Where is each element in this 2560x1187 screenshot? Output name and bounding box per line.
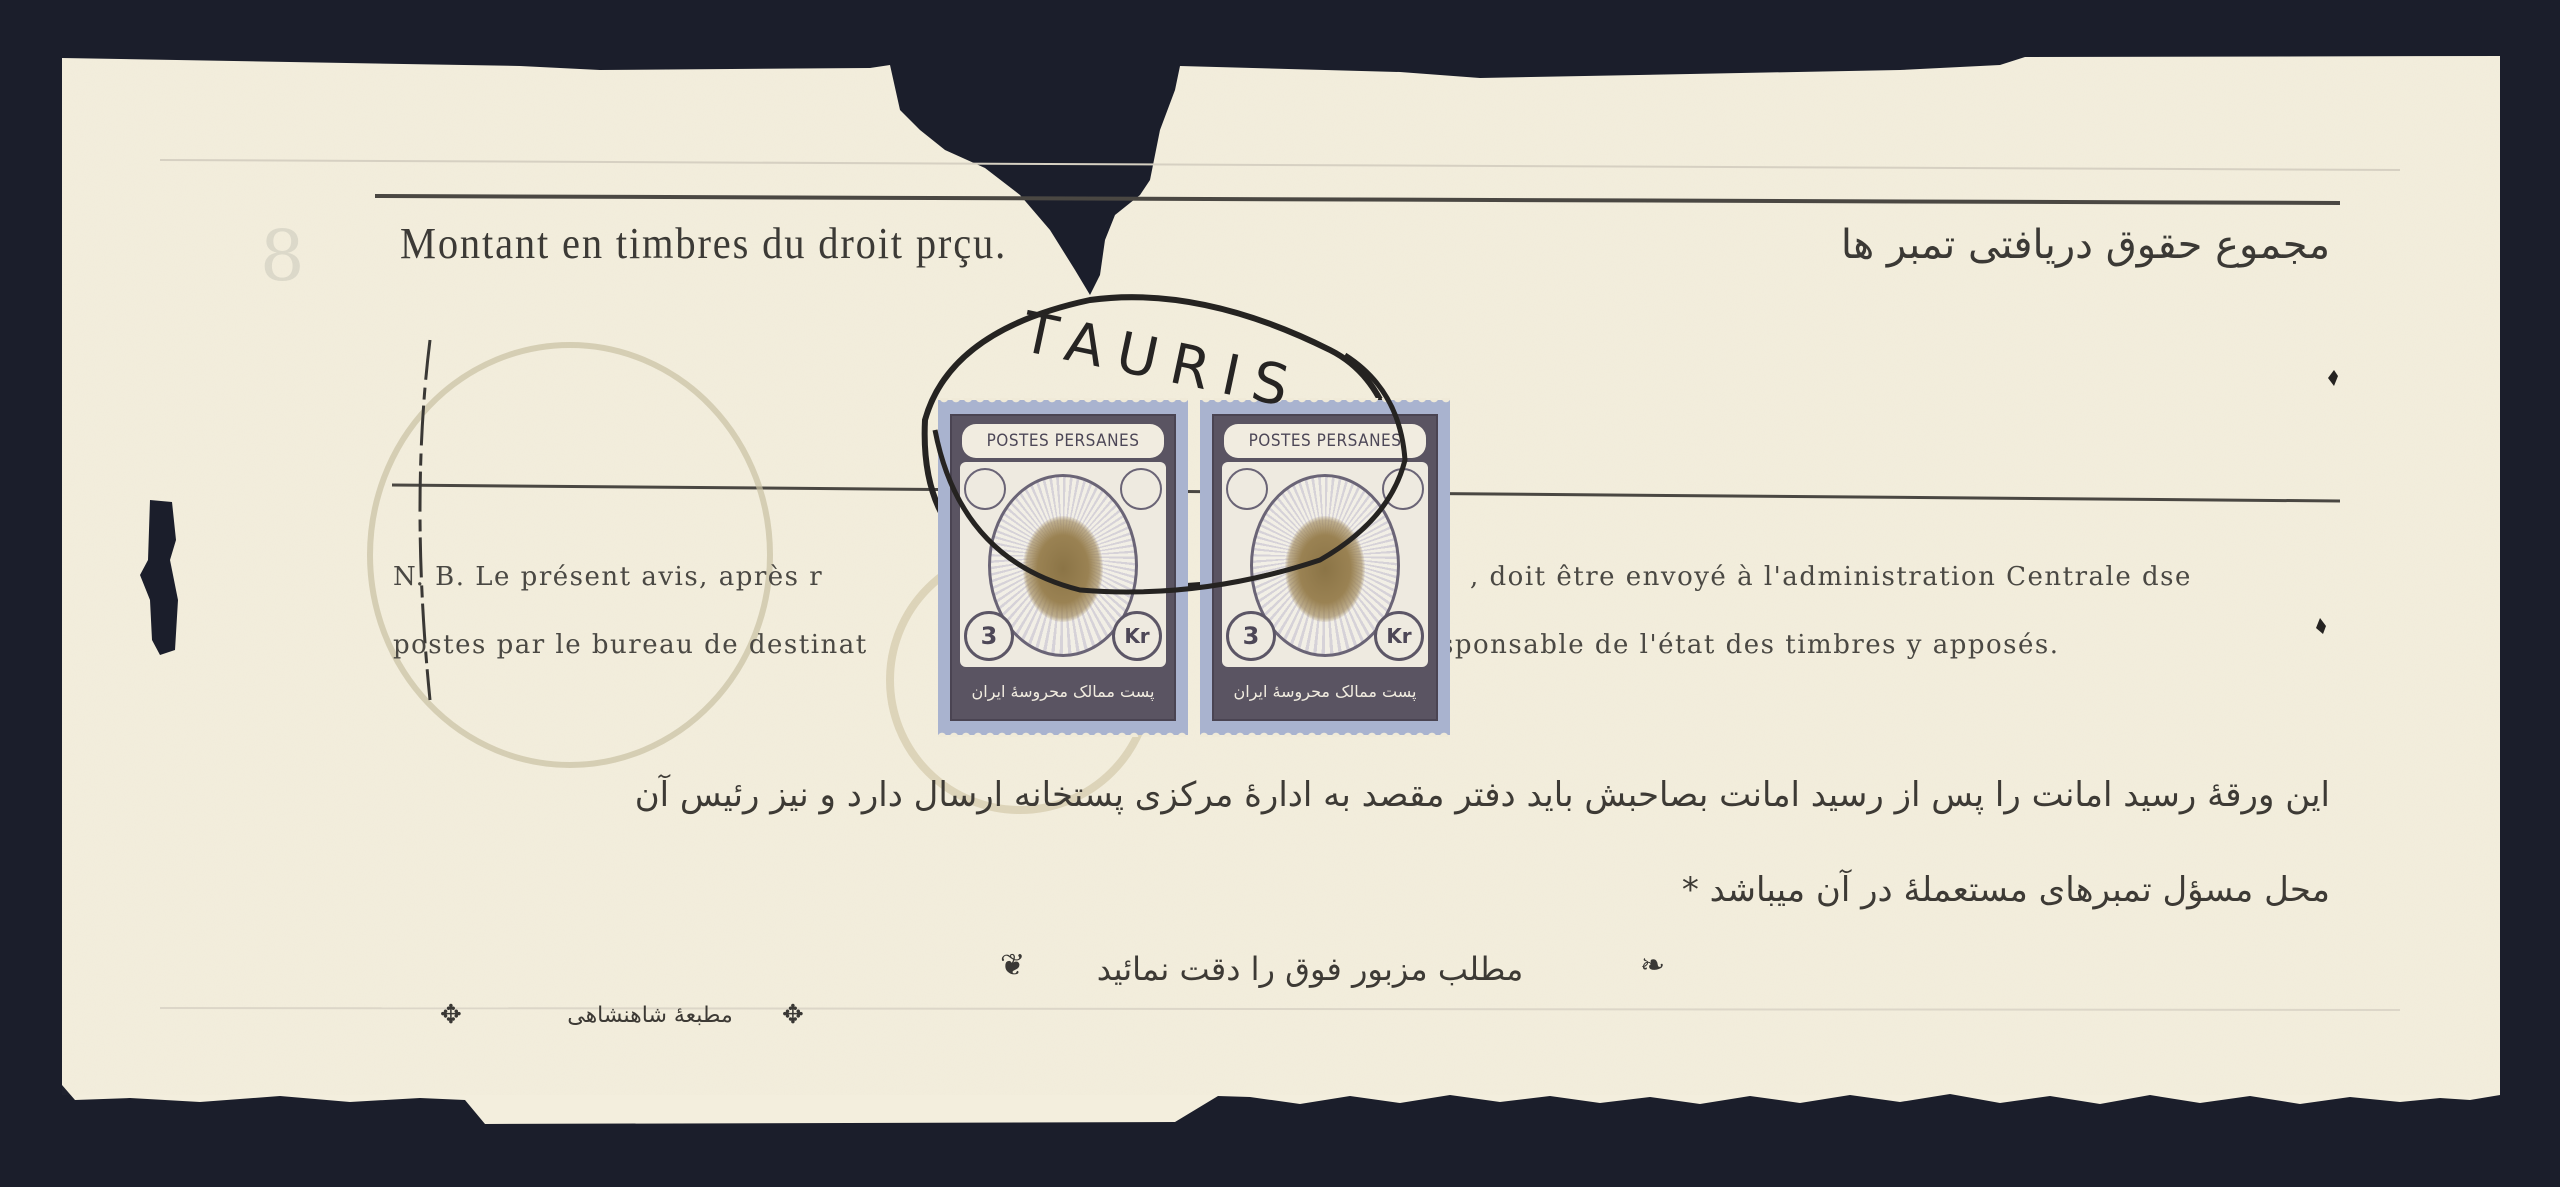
stamp-value: 3 (964, 611, 1014, 661)
corner-ornament-icon (964, 468, 1006, 510)
ghost-number: 8 (260, 215, 305, 297)
notice-line2-right: sponsable de l'état des timbres y apposé… (1440, 630, 2060, 660)
ornament-small-right-icon: ✥ (782, 1000, 804, 1030)
lion-and-sun-emblem-icon (1023, 516, 1104, 622)
ornament-small-left-icon: ✥ (440, 1000, 462, 1030)
stamp-right: POSTES PERSANES 3 Kr پست ممالک محروسهٔ ا… (1200, 400, 1450, 735)
notice-line1-left: N. B. Le présent avis, après r (393, 562, 823, 592)
lion-and-sun-emblem-icon (1285, 516, 1366, 622)
printer-imprint: مطبعهٔ شاهنشاهی (520, 1003, 780, 1028)
stamp-pair: POSTES PERSANES 3 Kr پست ممالک محروسهٔ ا… (938, 400, 1458, 735)
persian-header-label: مجموع حقوق دریافتی تمبر ها (1800, 222, 2330, 268)
stamp-currency: Kr (1374, 611, 1424, 661)
persian-notice-line1: این ورقهٔ رسید امانت را پس از رسید امانت… (380, 775, 2330, 815)
notice-line2-left: postes par le bureau de destinat (393, 630, 868, 660)
stamp-currency: Kr (1112, 611, 1162, 661)
ornament-right-icon: ❧ (1640, 948, 1665, 983)
corner-ornament-icon (1382, 468, 1424, 510)
french-header-label: Montant en timbres du droit prçu. (400, 218, 1007, 269)
stamp-left: POSTES PERSANES 3 Kr پست ممالک محروسهٔ ا… (938, 400, 1188, 735)
stamp-top-label: POSTES PERSANES (962, 424, 1164, 458)
stamp-bottom-label: پست ممالک محروسهٔ ایران (1224, 673, 1426, 711)
stamp-bottom-label: پست ممالک محروسهٔ ایران (962, 673, 1164, 711)
persian-notice-line3: مطلب مزبور فوق را دقت نمائید (1020, 950, 1600, 988)
corner-ornament-icon (1226, 468, 1268, 510)
document-scan: 8 Montant en timbres du droit prçu. مجمو… (0, 0, 2560, 1187)
corner-ornament-icon (1120, 468, 1162, 510)
stamp-value: 3 (1226, 611, 1276, 661)
stamp-top-label: POSTES PERSANES (1224, 424, 1426, 458)
notice-line1-right: , doit être envoyé à l'administration Ce… (1470, 562, 2192, 592)
persian-notice-line2: محل مسؤل تمبرهای مستعملهٔ در آن میباشد * (1100, 870, 2330, 910)
